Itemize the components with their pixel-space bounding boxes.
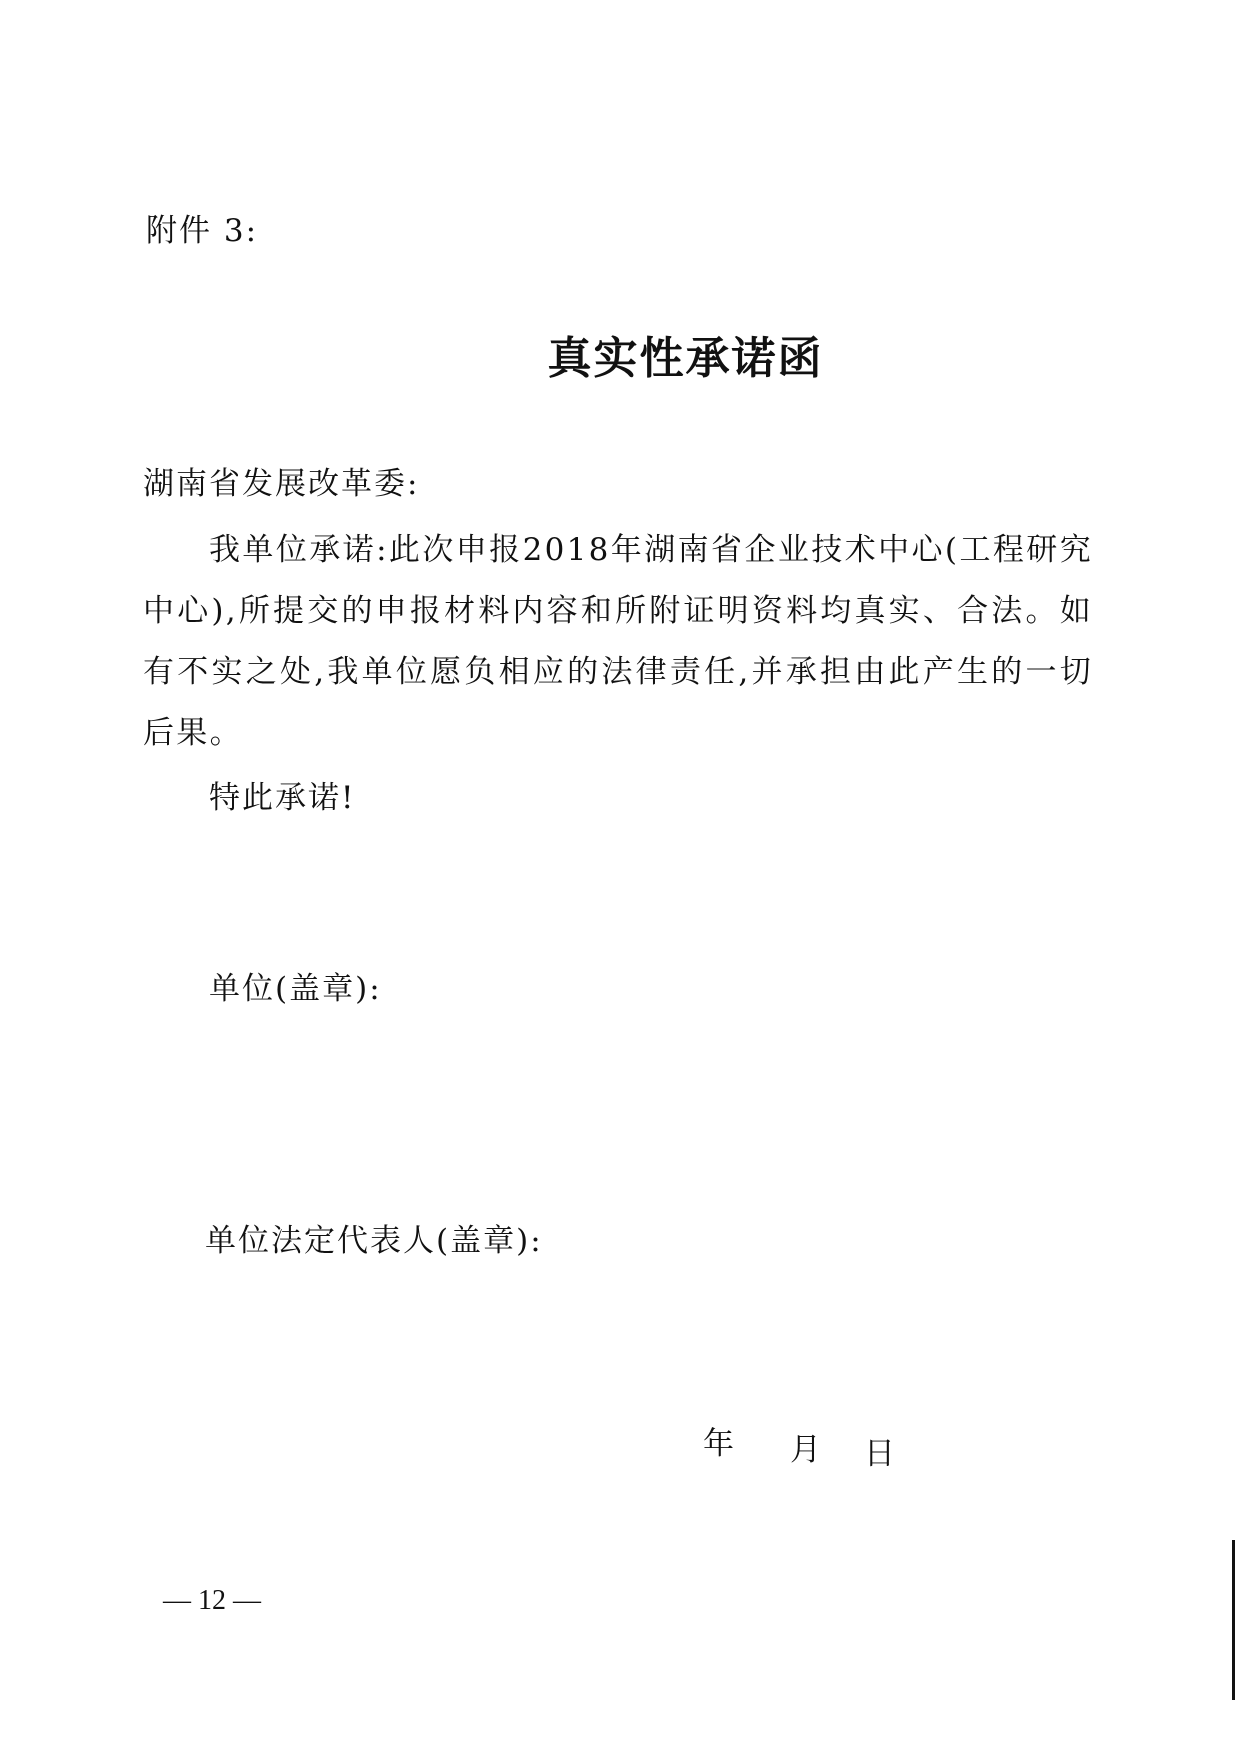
legal-rep-seal-label: 单位法定代表人(盖章): bbox=[205, 1215, 543, 1260]
unit-seal-label: 单位(盖章): bbox=[209, 963, 382, 1008]
attachment-label: 附件 3: bbox=[146, 205, 258, 250]
date-year-label: 年 bbox=[703, 1418, 734, 1463]
closing-statement: 特此承诺! bbox=[209, 772, 355, 817]
commitment-paragraph: 我单位承诺:此次申报2018年湖南省企业技术中心(工程研究中心),所提交的申报材… bbox=[143, 520, 1093, 764]
document-title-text: 真实性承诺函 bbox=[548, 322, 824, 386]
date-month-label: 月 bbox=[790, 1424, 821, 1469]
document-page: 附件 3: 真实性承诺函 湖南省发展改革委: 我单位承诺:此次申报2018年湖南… bbox=[0, 0, 1241, 1755]
document-title: 真实性承诺函 bbox=[0, 322, 1241, 386]
salutation: 湖南省发展改革委: bbox=[143, 458, 419, 503]
date-day-label: 日 bbox=[864, 1428, 895, 1473]
page-number: — 12 — bbox=[163, 1585, 261, 1617]
scan-edge-line bbox=[1232, 1540, 1235, 1700]
